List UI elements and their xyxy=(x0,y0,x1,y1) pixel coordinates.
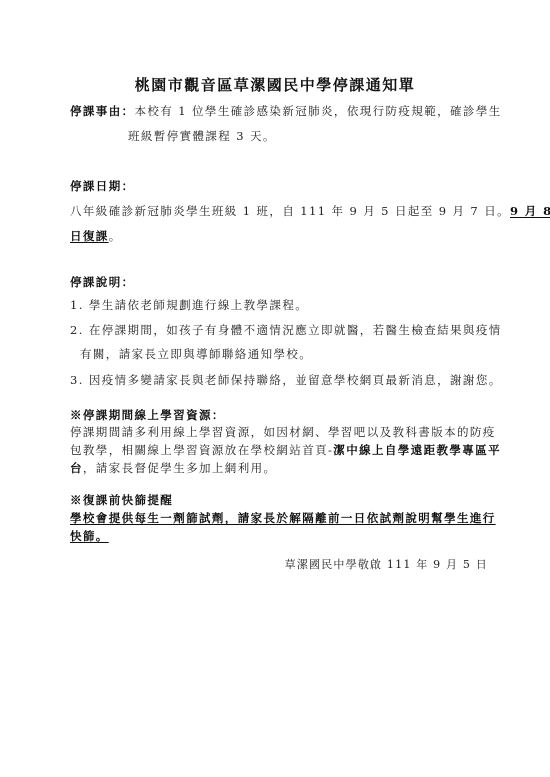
signature: 草漯國民中學敬啟 111 年 9 月 5 日 xyxy=(0,556,488,572)
reason-label: 停課事由： xyxy=(70,104,135,118)
resources-platform-name-end: 台 xyxy=(70,461,83,475)
reason-line-2: 班級暫停實體課程 3 天。 xyxy=(128,128,276,144)
explanation-item-2: 2. 在停課期間，如孩子有身體不適情況應立即就醫，若醫生檢查結果與疫情 xyxy=(70,322,502,338)
screening-line-1: 學校會提供每生一劑篩試劑，請家長於解隔離前一日依試劑說明幫學生進行 xyxy=(70,510,496,526)
dates-line-2: 日復課。 xyxy=(70,228,122,244)
resume-date-part-2: 日復課 xyxy=(70,229,109,243)
reason-line-1: 停課事由：本校有 1 位學生確診感染新冠肺炎，依現行防疫規範，確診學生 xyxy=(70,103,502,119)
resources-heading: ※停課期間線上學習資源： xyxy=(70,407,225,423)
dates-tail: 。 xyxy=(109,229,122,243)
explanation-heading: 停課說明： xyxy=(70,274,135,290)
resources-line-2: 包教學，相關線上學習資源放在學校網站首頁-潔中線上自學遠距教學專區平 xyxy=(70,442,501,458)
resume-date-part-1: 9 月 8 xyxy=(510,204,550,218)
resources-line-3: 台，請家長督促學生多加上網利用。 xyxy=(70,460,276,476)
resources-platform-name: 潔中線上自學遠距教學專區平 xyxy=(333,443,501,457)
explanation-item-3: 3. 因疫情多變請家長與老師保持聯絡，並留意學校網頁最新消息，謝謝您。 xyxy=(70,372,502,388)
document-title: 桃園市觀音區草漯國民中學停課通知單 xyxy=(0,74,550,95)
screening-heading: ※復課前快篩提醒 xyxy=(70,492,173,508)
resources-line-1: 停課期間請多利用線上學習資源，如因材網、學習吧以及教科書版本的防疫 xyxy=(70,424,496,440)
dates-text: 八年級確診新冠肺炎學生班級 1 班，自 111 年 9 月 5 日起至 9 月 … xyxy=(70,204,510,218)
screening-line-2: 快篩。 xyxy=(70,528,109,544)
resources-text-3: ，請家長督促學生多加上網利用。 xyxy=(83,461,277,475)
dates-heading: 停課日期： xyxy=(70,178,135,194)
explanation-item-2-cont: 有關，請家長立即與導師聯絡通知學校。 xyxy=(80,346,312,362)
notice-page: 桃園市觀音區草漯國民中學停課通知單 停課事由：本校有 1 位學生確診感染新冠肺炎… xyxy=(0,0,550,777)
dates-line-1: 八年級確診新冠肺炎學生班級 1 班，自 111 年 9 月 5 日起至 9 月 … xyxy=(70,203,550,219)
explanation-item-1: 1. 學生請依老師規劃進行線上教學課程。 xyxy=(70,297,308,313)
reason-text-1: 本校有 1 位學生確診感染新冠肺炎，依現行防疫規範，確診學生 xyxy=(135,104,502,118)
resources-text-2: 包教學，相關線上學習資源放在學校網站首頁- xyxy=(70,443,333,457)
